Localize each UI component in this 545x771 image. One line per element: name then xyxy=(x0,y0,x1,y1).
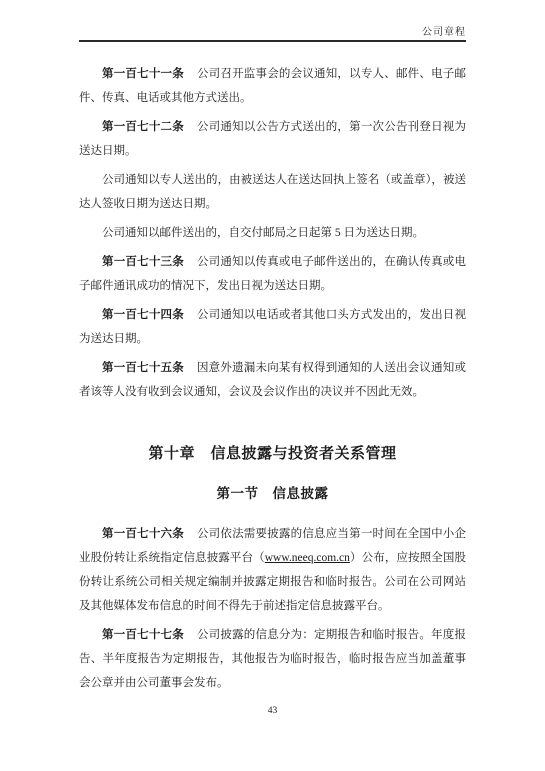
section-heading: 第一节 信息披露 xyxy=(79,482,466,506)
article-paragraph-175: 第一百七十五条因意外遗漏未向某有权得到通知的人送出会议通知或者该等人没有收到会议… xyxy=(79,356,466,404)
header-title: 公司章程 xyxy=(422,26,466,40)
page-header: 公司章程 xyxy=(79,0,466,42)
article-paragraph-174: 第一百七十四条公司通知以电话或者其他口头方式发出的，发出日视为送达日期。 xyxy=(79,303,466,351)
article-number: 第一百七十五条 xyxy=(102,362,184,374)
article-paragraph-172: 第一百七十二条公司通知以公告方式送出的，第一次公告刊登日视为送达日期。 xyxy=(79,115,466,163)
article-number: 第一百七十七条 xyxy=(102,629,184,641)
article-number: 第一百七十二条 xyxy=(102,121,184,133)
article-paragraph-177: 第一百七十七条公司披露的信息分为：定期报告和临时报告。年度报告、半年度报告为定期… xyxy=(79,623,466,695)
page-footer: 43 xyxy=(0,705,545,718)
article-paragraph-176: 第一百七十六条公司依法需要披露的信息应当第一时间在全国中小企业股份转让系统指定信… xyxy=(79,522,466,618)
page-number: 43 xyxy=(268,706,278,716)
article-number: 第一百七十一条 xyxy=(102,68,184,80)
article-paragraph-172-cont-1: 公司通知以专人送出的，由被送达人在送达回执上签名（或盖章），被送达人签收日期为送… xyxy=(79,168,466,216)
article-paragraph-173: 第一百七十三条公司通知以传真或电子邮件送出的，在确认传真或电子邮件通讯成功的情况… xyxy=(79,250,466,298)
article-paragraph-171: 第一百七十一条公司召开监事会的会议通知，以专人、邮件、电子邮件、传真、电话或其他… xyxy=(79,62,466,110)
article-number: 第一百七十六条 xyxy=(102,528,184,540)
article-number: 第一百七十三条 xyxy=(102,256,184,268)
chapter-heading: 第十章 信息披露与投资者关系管理 xyxy=(79,442,466,466)
article-text: 公司通知以专人送出的，由被送达人在送达回执上签名（或盖章），被送达人签收日期为送… xyxy=(79,174,466,210)
neeq-disclosure-link[interactable]: www.neeq.com.cn xyxy=(265,552,350,564)
document-body: 第一百七十一条公司召开监事会的会议通知，以专人、邮件、电子邮件、传真、电话或其他… xyxy=(79,62,466,700)
article-number: 第一百七十四条 xyxy=(102,309,184,321)
article-paragraph-172-cont-2: 公司通知以邮件送出的，自交付邮局之日起第 5 日为送达日期。 xyxy=(79,221,466,245)
article-text: 公司通知以邮件送出的，自交付邮局之日起第 5 日为送达日期。 xyxy=(102,227,424,239)
